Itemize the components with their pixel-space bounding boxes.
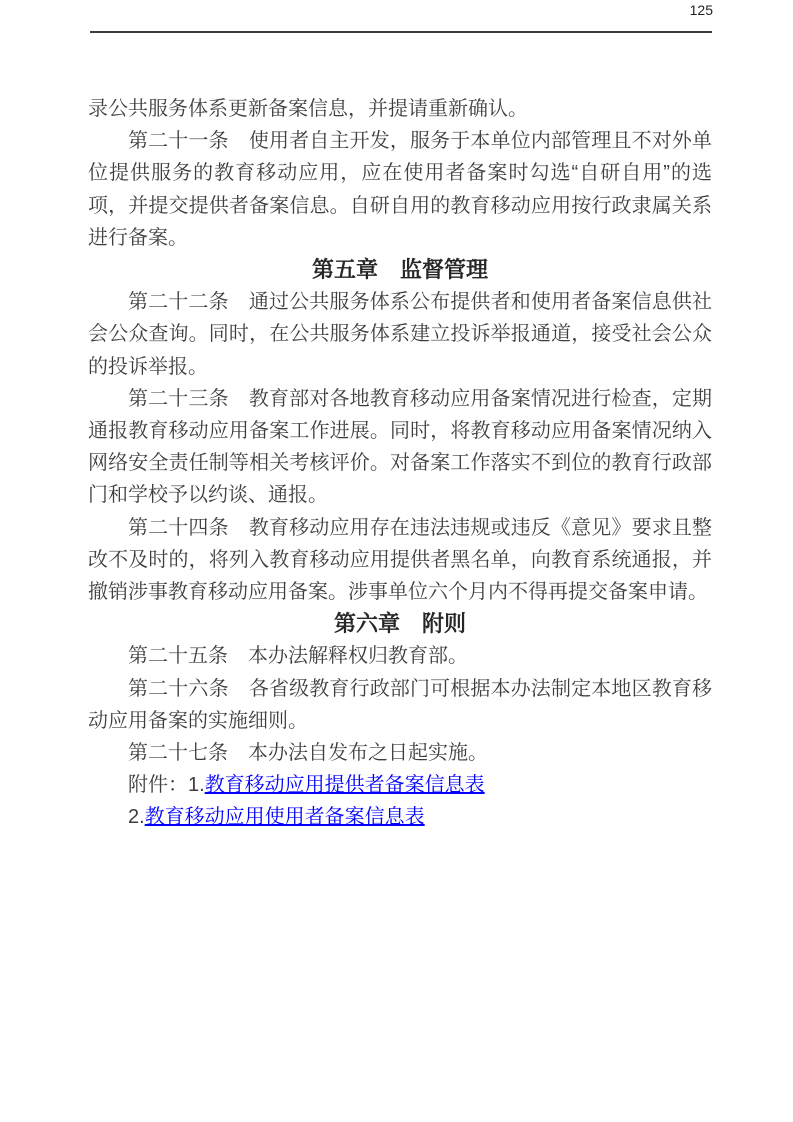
paragraph-article-23: 第二十三条 教育部对各地教育移动应用备案情况进行检查，定期通报教育移动应用备案工… [88,383,712,512]
attachments-line-2: 2.教育移动应用使用者备案信息表 [88,801,712,833]
attachments-label: 附件： [128,774,188,796]
attachment-link-user-form[interactable]: 教育移动应用使用者备案信息表 [145,806,425,828]
continuation-paragraph: 录公共服务体系更新备案信息，并提请重新确认。 [88,93,712,125]
chapter-6-heading: 第六章 附则 [88,608,712,640]
chapter-5-heading: 第五章 监督管理 [88,254,712,286]
attachment-link-provider-form[interactable]: 教育移动应用提供者备案信息表 [205,774,485,796]
paragraph-article-24: 第二十四条 教育移动应用存在违法违规或违反《意见》要求且整改不及时的，将列入教育… [88,512,712,609]
paragraph-article-21: 第二十一条 使用者自主开发，服务于本单位内部管理且不对外单位提供服务的教育移动应… [88,125,712,254]
attachments-line-1: 附件：1.教育移动应用提供者备案信息表 [88,769,712,801]
document-body: 录公共服务体系更新备案信息，并提请重新确认。 第二十一条 使用者自主开发，服务于… [88,93,712,834]
attachment-number-2: 2. [128,806,145,828]
page-number: 125 [690,2,713,18]
header-rule [90,31,712,33]
paragraph-article-22: 第二十二条 通过公共服务体系公布提供者和使用者备案信息供社会公众查询。同时，在公… [88,286,712,383]
attachment-number-1: 1. [188,774,205,796]
paragraph-article-25: 第二十五条 本办法解释权归教育部。 [88,640,712,672]
paragraph-article-26: 第二十六条 各省级教育行政部门可根据本办法制定本地区教育移动应用备案的实施细则。 [88,673,712,737]
paragraph-article-27: 第二十七条 本办法自发布之日起实施。 [88,737,712,769]
